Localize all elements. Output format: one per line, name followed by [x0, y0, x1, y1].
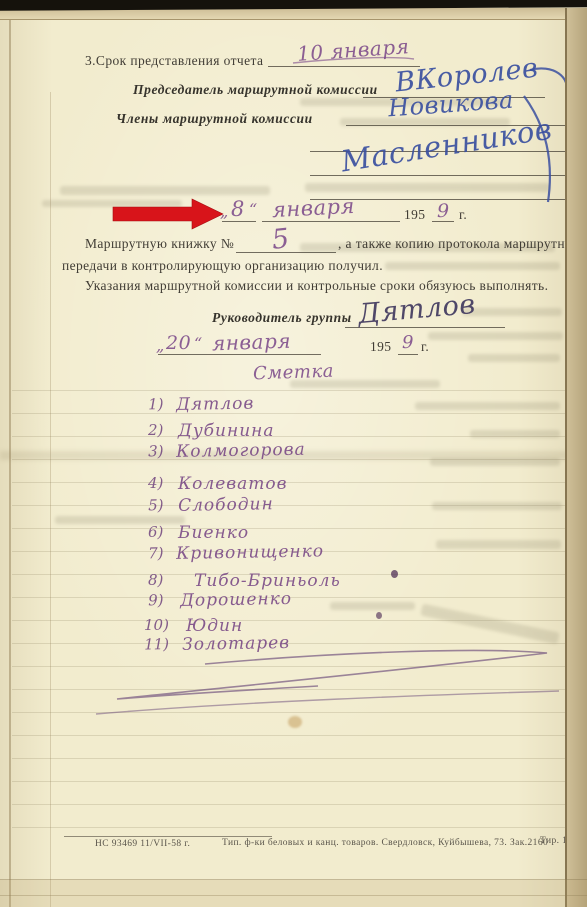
brown-stain [288, 716, 302, 728]
bleed-through-smudge [330, 602, 415, 610]
issue-date-day: 8 [231, 197, 245, 221]
routebook-line2: передачи в контролирующую организацию по… [62, 258, 383, 274]
roster-item-name: Дорошенко [180, 589, 292, 611]
bleed-through-smudge [432, 502, 562, 510]
roster-item-name: Колеватов [178, 474, 288, 494]
roster-item-name: Дубинина [178, 421, 275, 441]
sign-date-day: 20 [166, 332, 191, 354]
roster-item-number: 5) [148, 496, 164, 514]
issue-date-year-prefix: 195 [404, 207, 425, 223]
sign-date-open-quote: „ [156, 336, 165, 355]
roster-item-number: 10) [144, 616, 169, 634]
deadline-label: 3.Срок представления отчета [85, 53, 263, 69]
roster-item-number: 2) [148, 421, 163, 439]
roster-item-number: 7) [148, 544, 164, 562]
issue-date-suffix: г. [459, 207, 467, 223]
issue-date-close-quote: “ [249, 200, 258, 219]
issue-date-month: января [271, 194, 355, 222]
bleed-through-smudge [415, 402, 560, 410]
roster-item-name: Золотарев [182, 633, 290, 655]
sign-date-close-quote: “ [194, 334, 203, 353]
roster-item-name: Тибо-Бриньоль [194, 571, 341, 591]
routebook-prefix: Маршрутную книжку № [85, 236, 234, 252]
imprint-left: НС 93469 11/VII-58 г. [95, 839, 190, 849]
roster-item-number: 11) [144, 635, 169, 653]
sign-date-suffix: г. [421, 339, 429, 355]
sign-date-year-prefix: 195 [370, 339, 391, 355]
roster-item-name: Дятлов [176, 394, 254, 415]
routebook-number: 5 [270, 223, 291, 256]
roster-item-number: 4) [148, 474, 163, 492]
sign-date-month: января [212, 329, 292, 356]
imprint-rule [64, 836, 272, 837]
roster-item-name: Кривонищенко [176, 541, 324, 564]
instructions-line: Указания маршрутной комиссии и контрольн… [85, 278, 548, 294]
sign-date-year-digit: 9 [402, 332, 414, 353]
bleed-through-smudge [55, 516, 185, 524]
issue-date-open-quote: „ [220, 202, 229, 221]
bleed-through-smudge [468, 354, 560, 362]
members-label: Члены маршрутной комиссии [116, 111, 313, 127]
issue-date-year-digit: 9 [437, 200, 450, 222]
roster-item-name: Слободин [178, 494, 274, 516]
bleed-through-smudge [428, 332, 563, 340]
routebook-suffix: , а также копию протокола маршрутной ком… [338, 236, 587, 252]
imprint-center: Тип. ф-ки беловых и канц. товаров. Сверд… [222, 838, 548, 848]
ink-blot [391, 570, 398, 578]
issue-date-day-underline [222, 221, 256, 222]
page-stack-right-edge [565, 8, 587, 907]
sign-date-year-underline [398, 354, 418, 355]
roster-item-number: 8) [148, 571, 163, 589]
bleed-through-smudge [60, 186, 270, 195]
roster-item-number: 3) [148, 442, 164, 460]
bleed-through-smudge [42, 200, 182, 207]
ink-blot [376, 612, 382, 619]
bleed-through-smudge [385, 262, 560, 270]
roster-item-number: 6) [148, 523, 163, 541]
page-left-edge-line [9, 16, 11, 907]
roster-item-number: 9) [148, 591, 164, 609]
page-bottom-edge-line-1 [0, 879, 587, 880]
bleed-through-smudge [470, 430, 560, 438]
page-bottom-edge-line-2 [0, 895, 587, 896]
sign-date-day-underline [158, 354, 206, 355]
bleed-through-smudge [305, 183, 550, 192]
bleed-through-smudge [436, 540, 561, 549]
roster-header: Сметка [253, 361, 335, 385]
page-left-crease [50, 92, 51, 907]
chairman-label: Председатель маршрутной комиссии [133, 82, 378, 98]
scanned-document-page: 3.Срок представления отчета 10 января Пр… [0, 0, 587, 907]
page-bottom-edge-area [0, 880, 587, 907]
bleed-through-smudge [462, 308, 562, 316]
roster-item-name: Колмогорова [176, 440, 306, 462]
roster-item-name: Биенко [178, 523, 249, 543]
leader-label: Руководитель группы [212, 310, 352, 326]
roster-item-number: 1) [148, 395, 164, 413]
